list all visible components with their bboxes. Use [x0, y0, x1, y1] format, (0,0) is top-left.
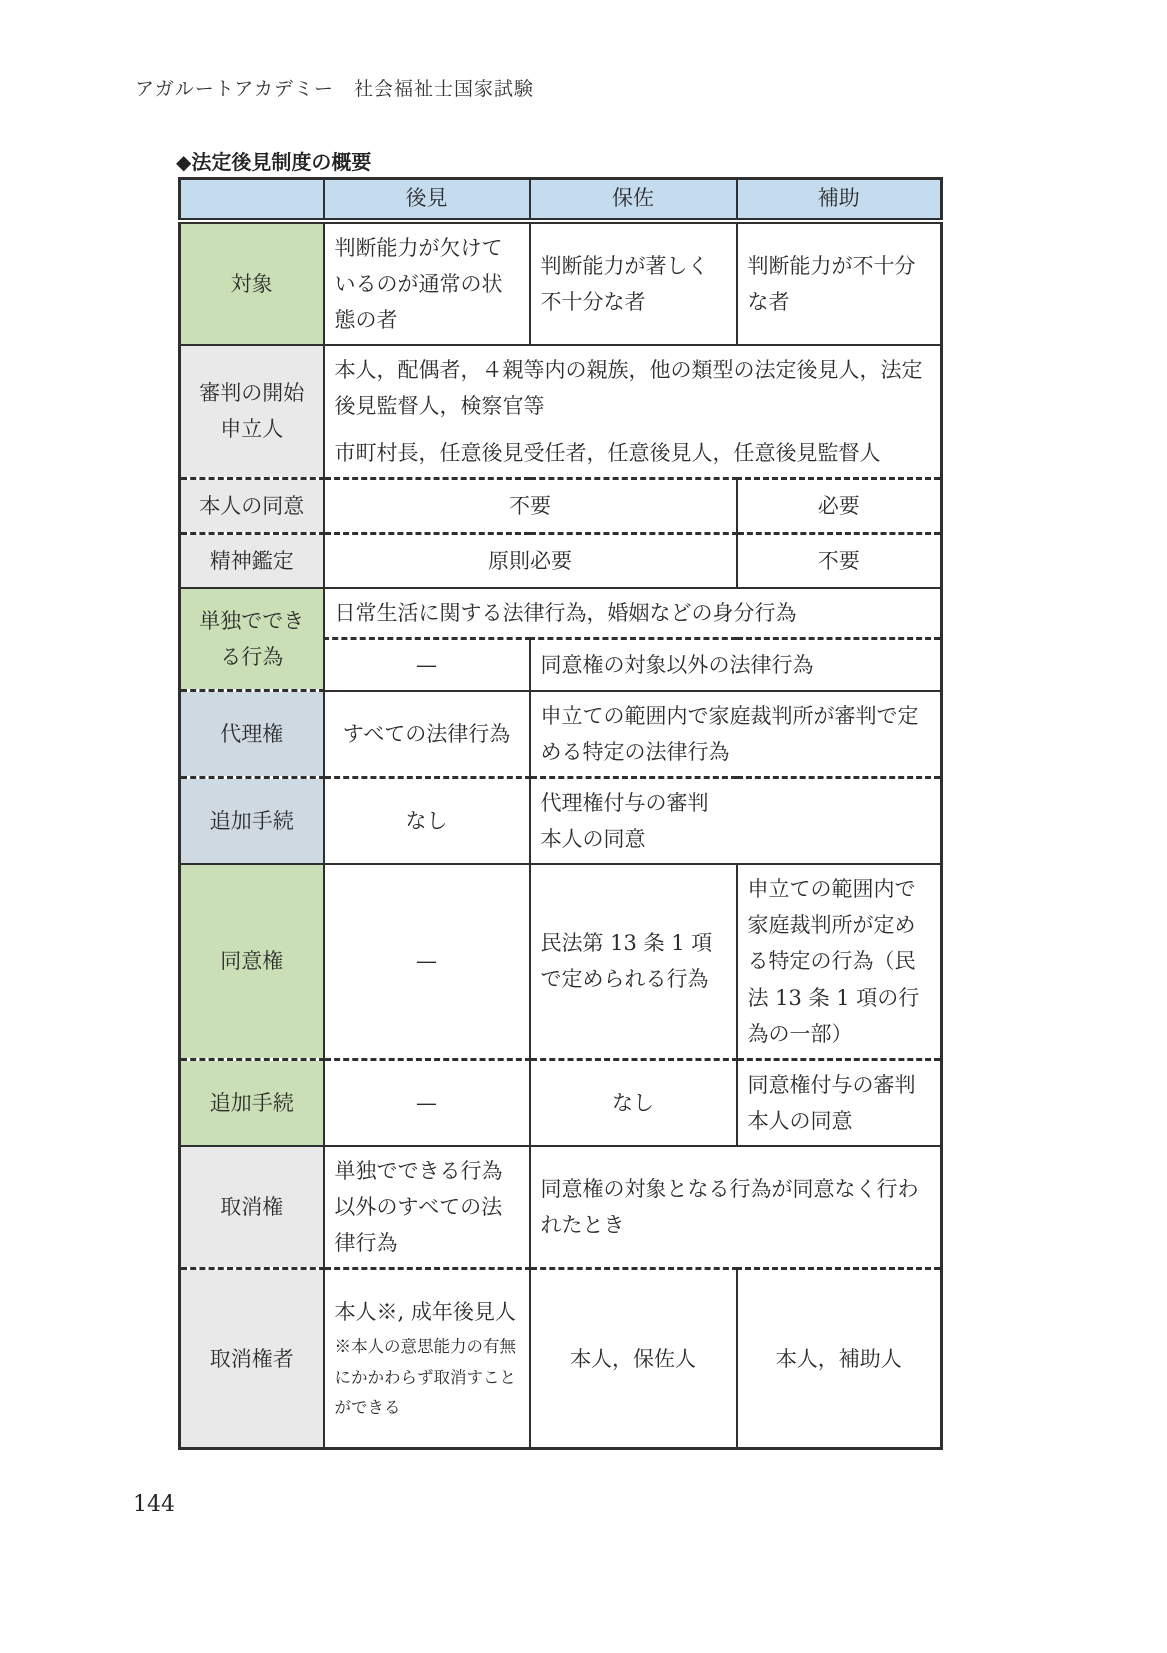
row-torikeshi: 取消権 単独でできる行為以外のすべての法律行為 同意権の対象となる行為が同意なく…: [180, 1146, 942, 1269]
row-seishin: 精神鑑定 原則必要 不要: [180, 533, 942, 588]
table-header-row: 後見 保佐 補助: [180, 179, 942, 222]
cell-dairi-hosa-hojo: 申立ての範囲内で家庭裁判所が審判で定める特定の法律行為: [530, 691, 942, 778]
cell-tsuika1-hosa-hojo: 代理権付与の審判 本人の同意: [530, 777, 942, 864]
cell-douii-hojo: 必要: [737, 478, 942, 533]
cell-tandoku-hosa-hojo: 同意権の対象以外の法律行為: [530, 639, 942, 691]
row-label-tsuika1: 追加手続: [180, 777, 324, 864]
row-label-tsuika2: 追加手続: [180, 1059, 324, 1146]
cell-douiken-hosa: 民法第 13 条 1 項で定められる行為: [530, 864, 737, 1059]
cell-seishin-kouken-hosa: 原則必要: [324, 533, 737, 588]
row-label-dairi: 代理権: [180, 691, 324, 778]
cell-torikeshi-kouken: 単独でできる行為以外のすべての法律行為: [324, 1146, 530, 1269]
row-label-torikeshisha: 取消権者: [180, 1269, 324, 1449]
row-shinpan: 審判の開始 申立人 本人，配偶者，４親等内の親族，他の類型の法定後見人，法定後見…: [180, 345, 942, 478]
cell-tsuika2-hosa: なし: [530, 1059, 737, 1146]
row-label-seishin: 精神鑑定: [180, 533, 324, 588]
cell-tsuika2-hojo: 同意権付与の審判 本人の同意: [737, 1059, 942, 1146]
row-tsuika2: 追加手続 — なし 同意権付与の審判 本人の同意: [180, 1059, 942, 1146]
torikeshisha-kouken-note: ※本人の意思能力の有無にかかわらず取消すことができる: [335, 1332, 519, 1424]
row-label-torikeshi: 取消権: [180, 1146, 324, 1269]
guardianship-overview-table: 後見 保佐 補助 対象 判断能力が欠けているのが通常の状態の者 判断能力が著しく…: [178, 177, 943, 1450]
row-label-taisho: 対象: [180, 221, 324, 345]
document-page: アガルートアカデミー 社会福祉士国家試験 ◆法定後見制度の概要 後見 保佐 補助…: [0, 0, 1167, 1653]
cell-taisho-hosa: 判断能力が著しく不十分な者: [530, 221, 737, 345]
header-cell-hosa: 保佐: [530, 179, 737, 222]
doc-header: アガルートアカデミー 社会福祉士国家試験: [135, 74, 534, 101]
row-label-douii: 本人の同意: [180, 478, 324, 533]
cell-douiken-kouken: —: [324, 864, 530, 1059]
cell-douiken-hojo: 申立ての範囲内で家庭裁判所が定める特定の行為（民法 13 条 1 項の行為の一部…: [737, 864, 942, 1059]
page-number: 144: [133, 1492, 175, 1517]
cell-tsuika2-kouken: —: [324, 1059, 530, 1146]
row-dairi: 代理権 すべての法律行為 申立ての範囲内で家庭裁判所が審判で定める特定の法律行為: [180, 691, 942, 778]
row-douii: 本人の同意 不要 必要: [180, 478, 942, 533]
torikeshisha-kouken-main: 本人※, 成年後見人: [335, 1294, 519, 1330]
row-label-douiken: 同意権: [180, 864, 324, 1059]
cell-seishin-hojo: 不要: [737, 533, 942, 588]
header-cell-empty: [180, 179, 324, 222]
cell-tandoku-all: 日常生活に関する法律行為，婚姻などの身分行為: [324, 588, 942, 639]
row-tandoku-sub1: 単独ででき る行為 日常生活に関する法律行為，婚姻などの身分行為: [180, 588, 942, 639]
cell-shinpan-all: 本人，配偶者，４親等内の親族，他の類型の法定後見人，法定後見監督人，検察官等 市…: [324, 345, 942, 478]
cell-douii-kouken-hosa: 不要: [324, 478, 737, 533]
shinpan-paragraph-2: 市町村長，任意後見受任者，任意後見人，任意後見監督人: [335, 435, 931, 471]
cell-torikeshisha-hosa: 本人，保佐人: [530, 1269, 737, 1449]
row-tsuika1: 追加手続 なし 代理権付与の審判 本人の同意: [180, 777, 942, 864]
cell-torikeshi-hosa-hojo: 同意権の対象となる行為が同意なく行われたとき: [530, 1146, 942, 1269]
shinpan-paragraph-1: 本人，配偶者，４親等内の親族，他の類型の法定後見人，法定後見監督人，検察官等: [335, 352, 931, 424]
cell-tandoku-kouken: —: [324, 639, 530, 691]
row-torikeshisha: 取消権者 本人※, 成年後見人 ※本人の意思能力の有無にかかわらず取消すことがで…: [180, 1269, 942, 1449]
page-title: ◆法定後見制度の概要: [176, 146, 371, 175]
row-taisho: 対象 判断能力が欠けているのが通常の状態の者 判断能力が著しく不十分な者 判断能…: [180, 221, 942, 345]
row-label-tandoku: 単独ででき る行為: [180, 588, 324, 691]
header-cell-kouken: 後見: [324, 179, 530, 222]
cell-torikeshisha-kouken: 本人※, 成年後見人 ※本人の意思能力の有無にかかわらず取消すことができる: [324, 1269, 530, 1449]
cell-taisho-kouken: 判断能力が欠けているのが通常の状態の者: [324, 221, 530, 345]
cell-dairi-kouken: すべての法律行為: [324, 691, 530, 778]
row-label-shinpan: 審判の開始 申立人: [180, 345, 324, 478]
header-cell-hojo: 補助: [737, 179, 942, 222]
cell-tsuika1-kouken: なし: [324, 777, 530, 864]
row-douiken: 同意権 — 民法第 13 条 1 項で定められる行為 申立ての範囲内で家庭裁判所…: [180, 864, 942, 1059]
cell-taisho-hojo: 判断能力が不十分な者: [737, 221, 942, 345]
cell-torikeshisha-hojo: 本人，補助人: [737, 1269, 942, 1449]
